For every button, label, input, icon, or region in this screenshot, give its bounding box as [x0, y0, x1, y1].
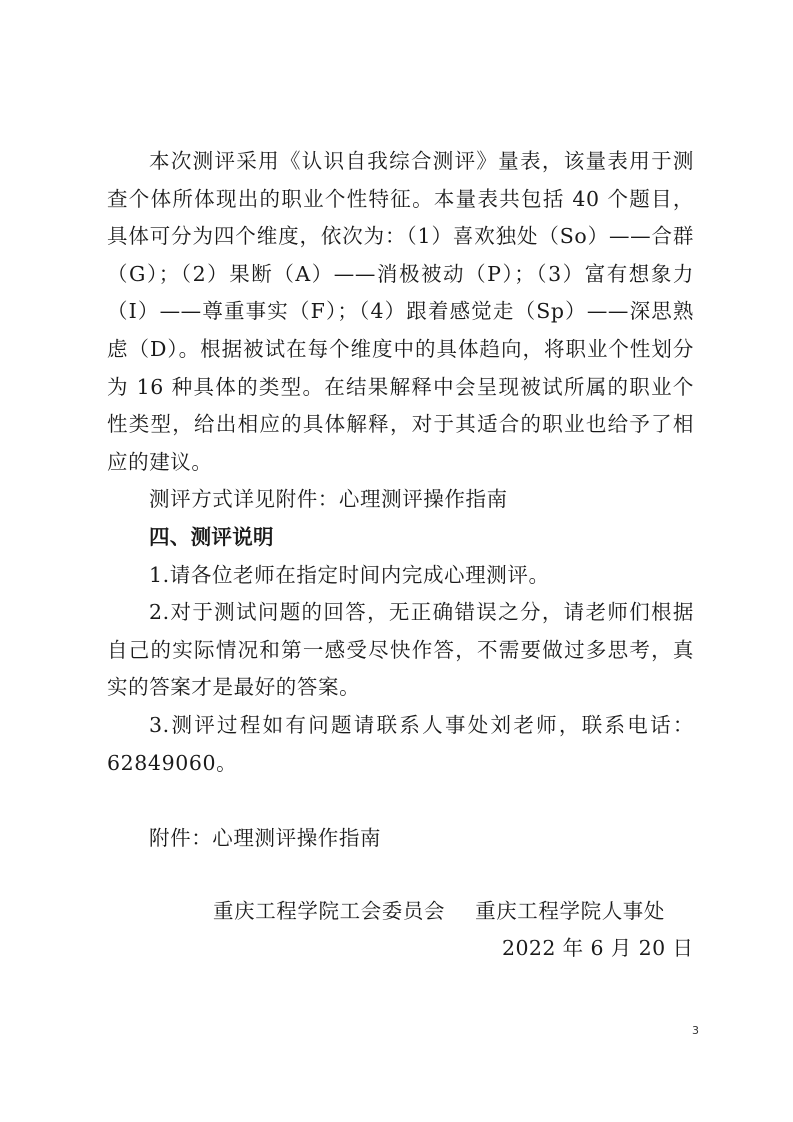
signature-block: 重庆工程学院工会委员会重庆工程学院人事处: [213, 893, 673, 931]
document-page: 本次测评采用《认识自我综合测评》量表，该量表用于测查个体所体现出的职业个性特征。…: [0, 0, 793, 1122]
attachment-note: 附件：心理测评操作指南: [107, 820, 694, 858]
signature-org-union: 重庆工程学院工会委员会: [213, 899, 445, 923]
intro-paragraph: 本次测评采用《认识自我综合测评》量表，该量表用于测查个体所体现出的职业个性特征。…: [107, 143, 694, 481]
section-heading: 四、测评说明: [107, 519, 694, 557]
page-number: 3: [692, 1024, 699, 1037]
signature-date: 2022 年 6 月 20 日: [502, 930, 693, 968]
blank-line: [107, 782, 694, 820]
document-body: 本次测评采用《认识自我综合测评》量表，该量表用于测查个体所体现出的职业个性特征。…: [107, 143, 694, 857]
instruction-item-3: 3.测评过程如有问题请联系人事处刘老师，联系电话：62849060。: [107, 707, 694, 782]
method-paragraph: 测评方式详见附件：心理测评操作指南: [107, 481, 694, 519]
signature-org-hr: 重庆工程学院人事处: [475, 899, 665, 923]
instruction-item-2: 2.对于测试问题的回答，无正确错误之分，请老师们根据自己的实际情况和第一感受尽快…: [107, 594, 694, 707]
instruction-item-1: 1.请各位老师在指定时间内完成心理测评。: [107, 557, 694, 595]
